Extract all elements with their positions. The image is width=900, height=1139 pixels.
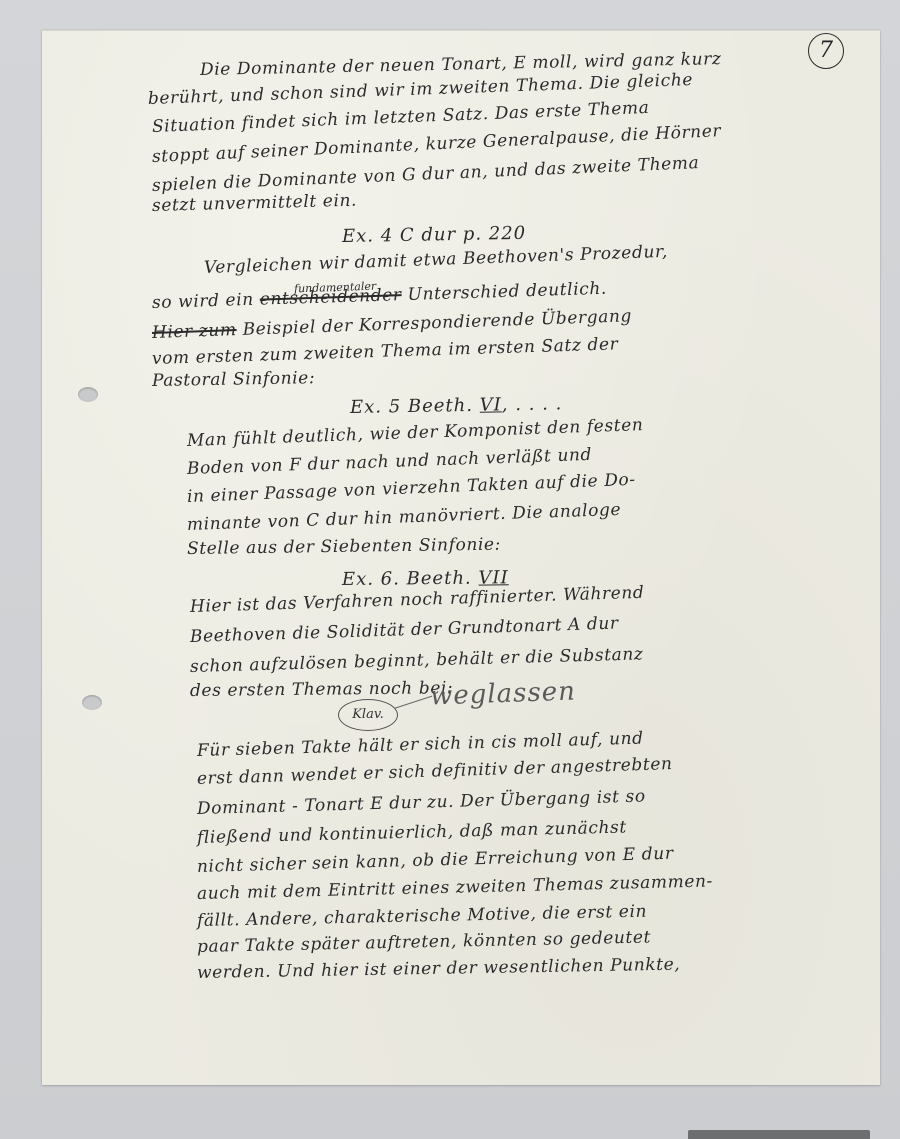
manuscript-page: 7 Die Dominante der neuen Tonart, E moll… (42, 30, 880, 1085)
paragraph-3-line-5: Stelle aus der Siebenten Sinfonie: (187, 535, 501, 559)
paragraph-1-line-6: setzt unvermittelt ein. (152, 191, 358, 216)
line-2-prefix: so wird ein (152, 290, 254, 313)
paragraph-4-line-3: schon aufzulösen beginnt, behält er die … (190, 644, 644, 677)
example-6-numeral: VII (478, 567, 508, 588)
paragraph-5-line-6: auch mit dem Eintritt eines zweiten Them… (197, 871, 713, 904)
paragraph-5-line-9: werden. Und hier ist einer der wesentlic… (197, 955, 681, 983)
paragraph-5-line-7: fällt. Andere, charakterische Motive, di… (197, 902, 647, 931)
underlying-page-edge (688, 1130, 870, 1139)
paragraph-2-line-1: Vergleichen wir damit etwa Beethoven's P… (204, 242, 668, 278)
paragraph-2-line-2: so wird ein entscheidender Unterschied d… (152, 279, 607, 313)
page-number: 7 (808, 33, 844, 69)
struck-word-entscheidender: entscheidender (259, 285, 401, 309)
paragraph-2-line-5: Pastoral Sinfonie: (152, 368, 316, 391)
example-4-heading: Ex. 4 C dur p. 220 (342, 223, 527, 247)
example-6-heading: Ex. 6. Beeth. VII (342, 567, 509, 590)
circled-klav-annotation: Klav. (338, 699, 398, 731)
line-2-suffix: Unterschied deutlich. (407, 279, 607, 305)
punch-hole-bottom (82, 695, 102, 710)
example-5-heading: Ex. 5 Beeth. VI, . . . . (350, 393, 563, 418)
punch-hole-top (78, 387, 98, 402)
paragraph-5-line-4: fließend und kontinuierlich, daß man zun… (197, 817, 627, 847)
example-5-prefix: Ex. 5 Beeth. (350, 395, 473, 418)
example-5-suffix: , . . . . (502, 393, 563, 415)
paragraph-4-line-4: des ersten Themas noch bei: (190, 678, 454, 701)
example-5-numeral: VI (480, 394, 502, 415)
paragraph-3-line-4: minante von C dur hin manövriert. Die an… (187, 500, 622, 535)
paragraph-4-line-2: Beethoven die Solidität der Grundtonart … (190, 614, 619, 647)
example-6-prefix: Ex. 6. Beeth. (342, 568, 472, 590)
paragraph-5-line-5: nicht sicher sein kann, ob die Erreichun… (197, 844, 674, 877)
paragraph-5-line-2: erst dann wendet er sich definitiv der a… (197, 754, 673, 789)
paragraph-5-line-8: paar Takte später auftreten, könnten so … (197, 927, 651, 957)
struck-words-hier-zum: Hier zum (152, 320, 237, 343)
paragraph-5-line-3: Dominant - Tonart E dur zu. Der Übergang… (197, 786, 646, 819)
pencil-note-weglassen: weglassen (430, 676, 577, 711)
